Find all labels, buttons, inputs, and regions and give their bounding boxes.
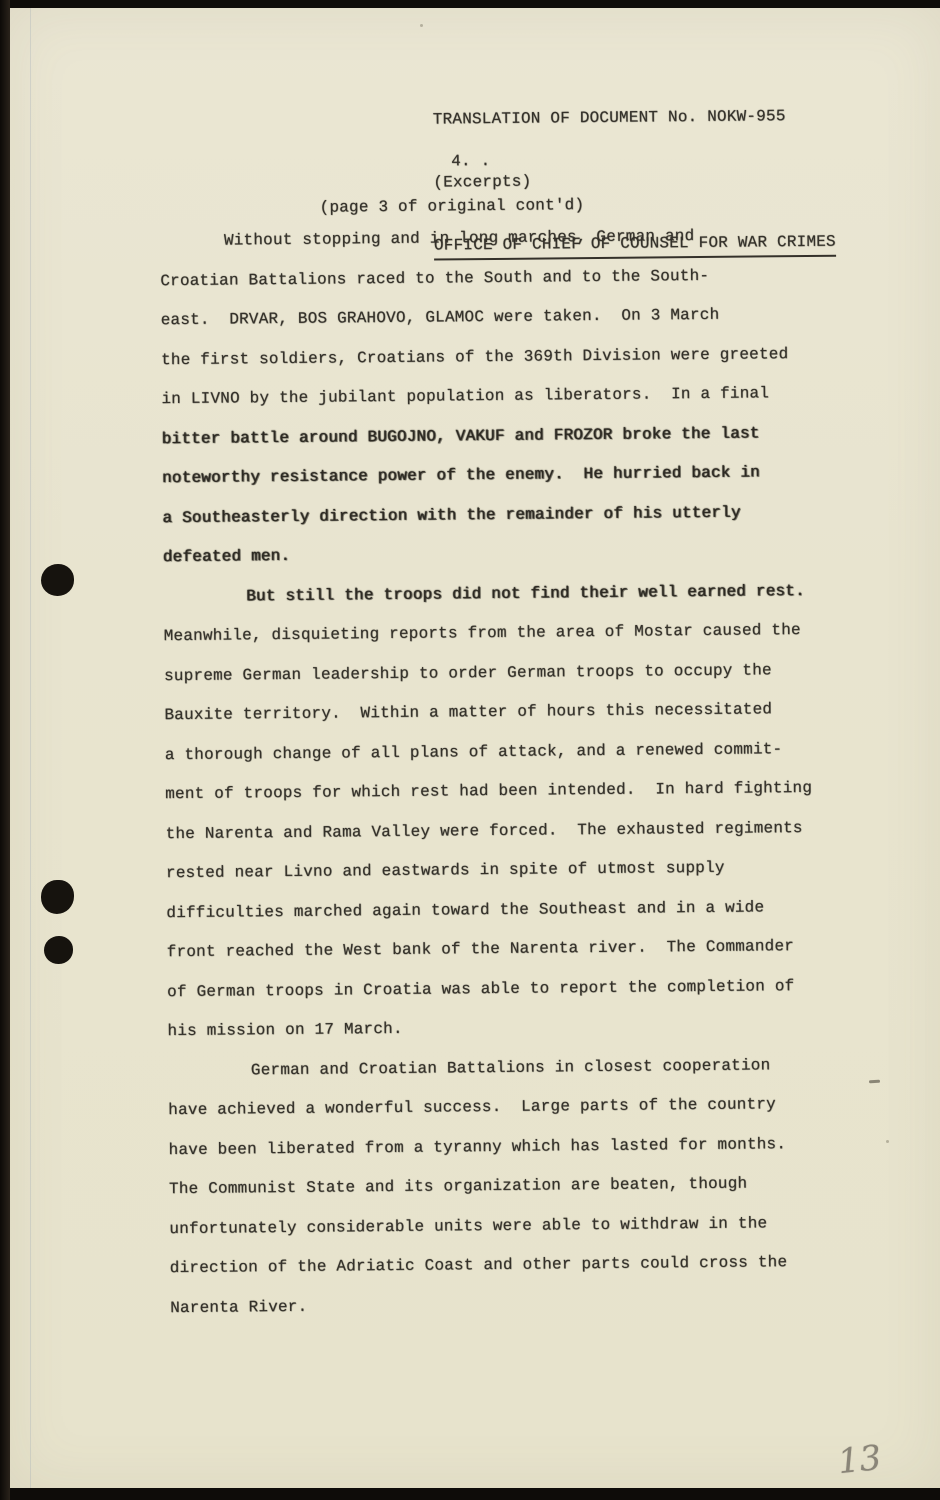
document-line: a Southeasterly direction with the remai… bbox=[162, 502, 822, 548]
document-line: his mission on 17 March. bbox=[167, 1016, 827, 1062]
document-line: difficulties marched again toward the So… bbox=[166, 897, 826, 943]
document-line: Meanwhile, disquieting reports from the … bbox=[164, 621, 824, 667]
paragraph: But still the troops did not find their … bbox=[163, 581, 828, 1061]
header-line-excerpts: (Excerpts) bbox=[433, 169, 835, 194]
hole-punch bbox=[41, 564, 74, 596]
document-line: bitter battle around BUGOJNO, VAKUF and … bbox=[162, 423, 822, 469]
document-line: rested near Livno and eastwards in spite… bbox=[166, 858, 826, 904]
continuation-note: (page 3 of original cont'd) bbox=[320, 196, 585, 217]
hole-punch bbox=[44, 936, 73, 964]
document-line: have achieved a wonderful success. Large… bbox=[168, 1095, 828, 1141]
ink-smudge bbox=[869, 1080, 880, 1084]
document-line: The Communist State and its organization… bbox=[169, 1174, 829, 1220]
document-line: Bauxite territory. Within a matter of ho… bbox=[164, 700, 824, 746]
document-line: German and Croatian Battalions in closes… bbox=[168, 1055, 828, 1101]
document-line: the first soldiers, Croatians of the 369… bbox=[161, 344, 821, 390]
document-line: have been liberated from a tyranny which… bbox=[169, 1134, 829, 1180]
page-number: 4. . bbox=[451, 152, 490, 170]
document-line: unfortunately considerable units were ab… bbox=[169, 1213, 829, 1259]
document-line: noteworthy resistance power of the enemy… bbox=[162, 463, 822, 509]
document-line: Croatian Battalions raced to the South a… bbox=[160, 265, 820, 311]
document-line: in LIVNO by the jubilant population as l… bbox=[161, 384, 821, 430]
document-line: front reached the West bank of the Naren… bbox=[167, 937, 827, 983]
document-line: But still the troops did not find their … bbox=[163, 581, 823, 627]
paper-fleck bbox=[420, 24, 423, 27]
paragraph: German and Croatian Battalions in closes… bbox=[168, 1055, 831, 1338]
document-body: Without stopping and in long marches, Ge… bbox=[160, 226, 831, 1338]
page-content: TRANSLATION OF DOCUMENT No. NOKW-955 (Ex… bbox=[0, 0, 940, 1500]
document-line: a thorough change of all plans of attack… bbox=[165, 739, 825, 785]
document-line: Without stopping and in long marches, Ge… bbox=[160, 226, 820, 272]
paper-fleck bbox=[886, 1140, 889, 1143]
document-line: defeated men. bbox=[163, 542, 823, 588]
header-line-title: TRANSLATION OF DOCUMENT No. NOKW-955 bbox=[433, 106, 835, 131]
handwritten-page-number: 13 bbox=[836, 1438, 883, 1482]
document-line: ment of troops for which rest had been i… bbox=[165, 779, 825, 825]
paragraph: Without stopping and in long marches, Ge… bbox=[160, 226, 823, 588]
document-line: Narenta River. bbox=[170, 1292, 830, 1338]
document-line: east. DRVAR, BOS GRAHOVO, GLAMOC were ta… bbox=[161, 305, 821, 351]
document-line: the Narenta and Rama Valley were forced.… bbox=[166, 818, 826, 864]
document-line: direction of the Adriatic Coast and othe… bbox=[170, 1253, 830, 1299]
document-line: of German troops in Croatia was able to … bbox=[167, 976, 827, 1022]
document-line: supreme German leadership to order Germa… bbox=[164, 660, 824, 706]
